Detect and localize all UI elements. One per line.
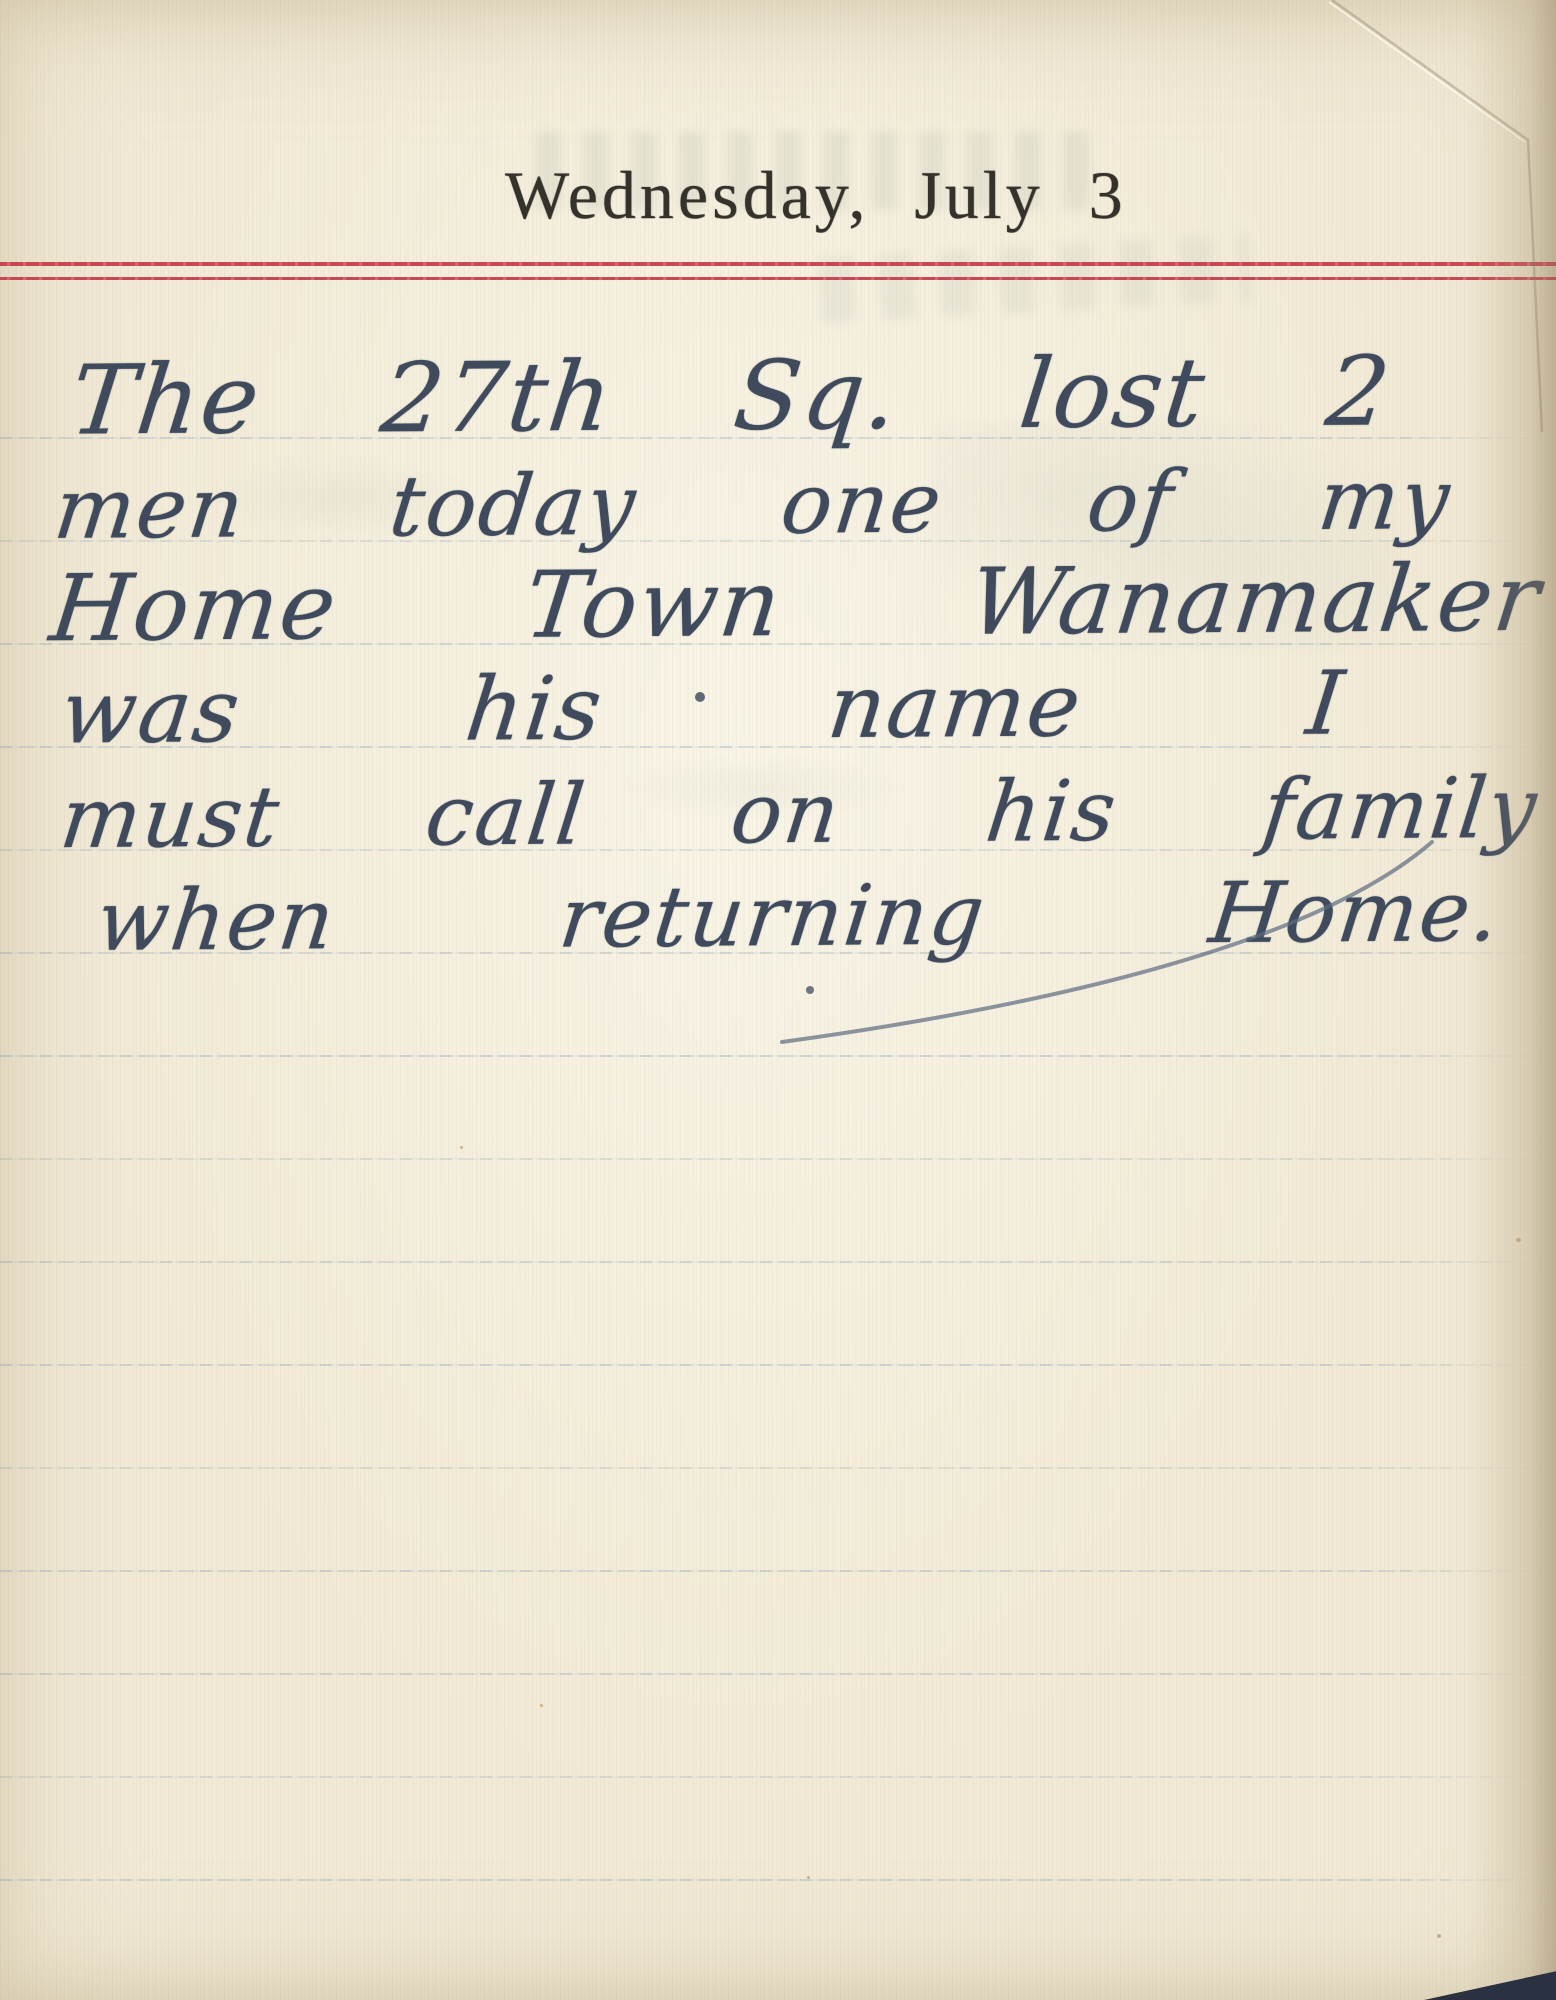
ruled-line bbox=[0, 1364, 1545, 1366]
red-rule-bottom bbox=[0, 277, 1556, 280]
ruled-line bbox=[0, 1570, 1545, 1572]
handwriting-line-1: The 27th Sq. lost 2 bbox=[66, 343, 1396, 448]
paper-speck bbox=[460, 1146, 463, 1149]
diary-page: Wednesday, July 3 The 27th Sq. lost 2 me… bbox=[0, 0, 1556, 2000]
red-rule-top bbox=[0, 262, 1556, 266]
handwriting-line-5: must call on his family bbox=[57, 766, 1543, 860]
ruled-line bbox=[0, 1055, 1545, 1057]
ruled-line bbox=[0, 1261, 1545, 1263]
ruled-line bbox=[0, 1879, 1545, 1881]
page-title: Wednesday, July 3 bbox=[505, 156, 1127, 235]
handwriting-line-4: was his name I bbox=[56, 660, 1349, 757]
paper-speck bbox=[1437, 1934, 1441, 1938]
handwriting-line-3: Home Town Wanamaker bbox=[46, 553, 1546, 655]
ruled-line bbox=[0, 1673, 1545, 1675]
ruled-line bbox=[0, 1776, 1545, 1778]
paper-speck bbox=[807, 1876, 810, 1879]
scan-artifacts-overlay bbox=[0, 0, 1556, 2000]
paper-speck bbox=[540, 1704, 543, 1707]
page-edge-shading bbox=[1466, 0, 1556, 2000]
handwriting-line-2: men today one of my bbox=[51, 457, 1456, 551]
ruled-line bbox=[0, 1158, 1545, 1160]
handwriting-line-6: when returning Home. bbox=[93, 869, 1506, 963]
ink-dot bbox=[806, 986, 814, 994]
ruled-line bbox=[0, 1467, 1545, 1469]
